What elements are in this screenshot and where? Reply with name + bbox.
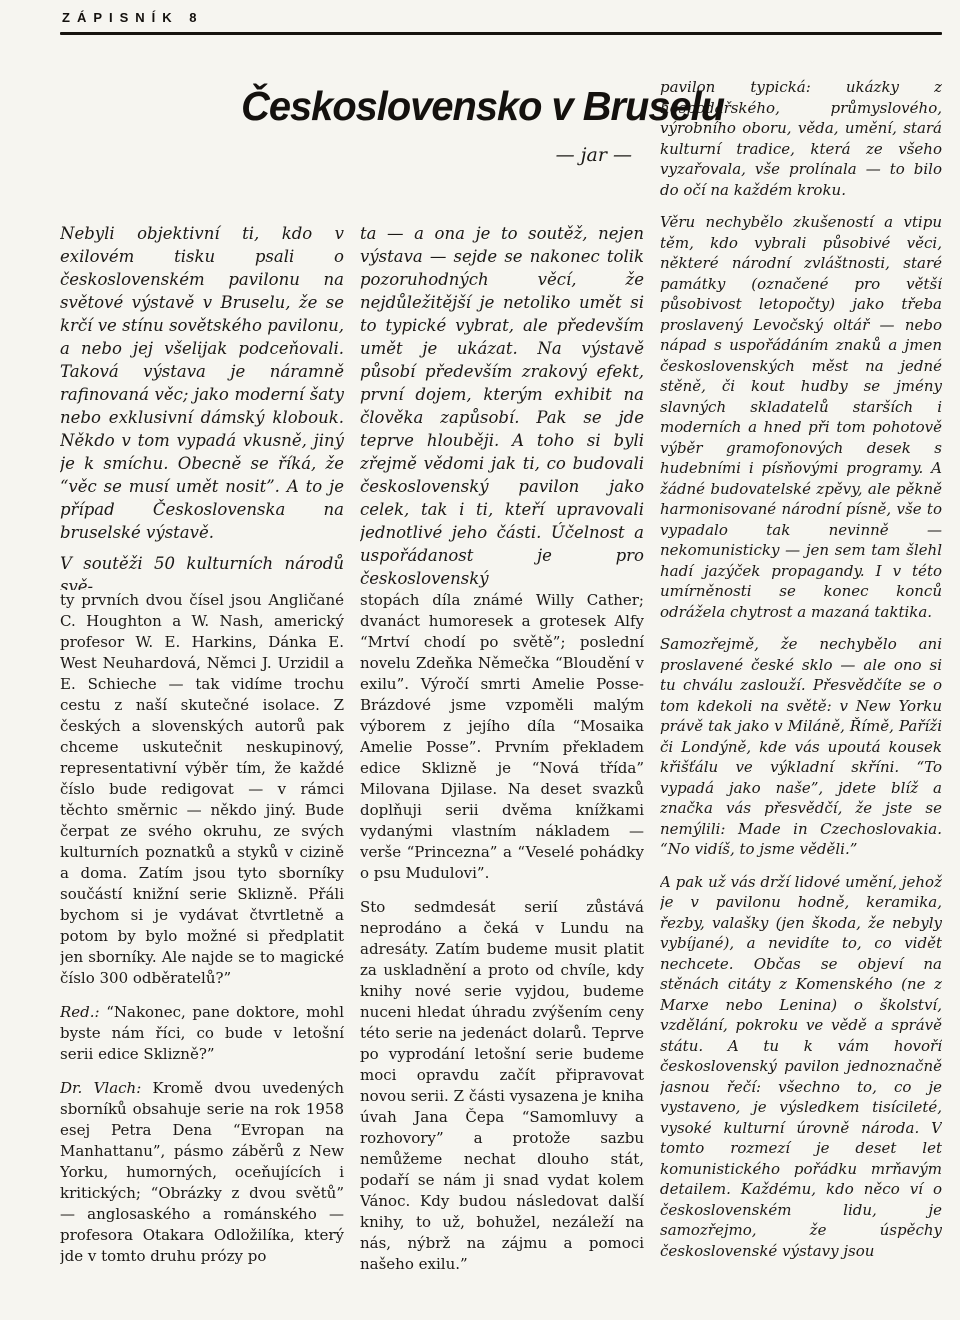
scanned-magazine-page: ZÁPISNÍK 8 Československo v Bruselu — ja… bbox=[0, 0, 960, 1320]
interview-article-col2: stopách díla známé Willy Cather; dvanáct… bbox=[360, 590, 644, 1275]
column-3: pavilon typická: ukázky z hospodářského,… bbox=[660, 35, 942, 1275]
body-paragraph: Dr. Vlach: Kromě dvou uvedených sborníků… bbox=[60, 1078, 344, 1267]
body-paragraph: Věru nechybělo zkušeností a vtipu těm, k… bbox=[660, 212, 942, 622]
speaker-label: Red.: bbox=[60, 1003, 100, 1021]
column-2: ta — a ona je to soutěž, nejen výstava —… bbox=[360, 218, 644, 1275]
page-body: Československo v Bruselu — jar — Nebyli … bbox=[60, 35, 942, 1275]
body-paragraph: ta — a ona je to soutěž, nejen výstava —… bbox=[360, 222, 644, 590]
brussels-article-col2: ta — a ona je to soutěž, nejen výstava —… bbox=[360, 218, 644, 590]
body-paragraph: stopách díla známé Willy Cather; dvanáct… bbox=[360, 590, 644, 884]
body-paragraph: ty prvních dvou čísel jsou Angličané C. … bbox=[60, 590, 344, 989]
speaker-label: Dr. Vlach: bbox=[60, 1079, 141, 1097]
article-byline: — jar — bbox=[235, 144, 644, 166]
article-title: Československo v Bruselu bbox=[241, 83, 638, 130]
journal-title: ZÁPISNÍK 8 bbox=[62, 10, 204, 25]
body-paragraph: A pak už vás drží lidové umění, jehož je… bbox=[660, 872, 942, 1262]
article-title-block: Československo v Bruselu — jar — bbox=[60, 35, 644, 218]
speaker-text: “Nakonec, pane doktore, mohl byste nám ř… bbox=[60, 1003, 344, 1063]
body-paragraph: Nebyli objektivní ti, kdo v exilovém tis… bbox=[60, 222, 344, 544]
body-paragraph: Sto sedmdesát serií zůstává neprodáno a … bbox=[360, 897, 644, 1275]
body-paragraph: Red.: “Nakonec, pane doktore, mohl byste… bbox=[60, 1002, 344, 1065]
column-1: Nebyli objektivní ti, kdo v exilovém tis… bbox=[60, 218, 344, 1275]
masthead: ZÁPISNÍK 8 bbox=[60, 6, 942, 32]
speaker-text: Kromě dvou uvedených sborníků obsahuje s… bbox=[60, 1079, 344, 1265]
brussels-article-col1: Nebyli objektivní ti, kdo v exilovém tis… bbox=[60, 218, 344, 590]
two-column-text: Nebyli objektivní ti, kdo v exilovém tis… bbox=[60, 218, 644, 1275]
interview-article-col1: ty prvních dvou čísel jsou Angličané C. … bbox=[60, 590, 344, 1267]
body-paragraph: V soutěži 50 kulturních národů svě- bbox=[60, 552, 344, 590]
body-paragraph: Samozřejmě, že nechybělo ani proslavené … bbox=[660, 634, 942, 860]
left-two-column-region: Československo v Bruselu — jar — Nebyli … bbox=[60, 35, 644, 1275]
